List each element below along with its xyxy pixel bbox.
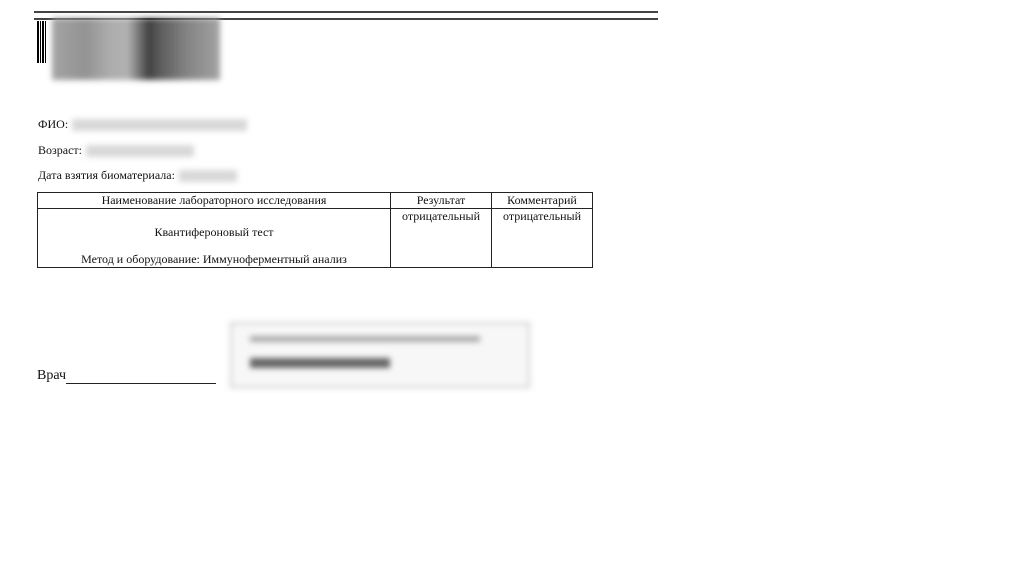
test-name: Квантифероновый тест	[38, 225, 390, 240]
results-table: Наименование лабораторного исследования …	[37, 192, 593, 268]
barcode-icon	[37, 21, 47, 63]
redacted-patient-name	[72, 119, 247, 131]
test-cell: Квантифероновый тест Метод и оборудовани…	[38, 209, 391, 268]
result-value: отрицательный	[391, 209, 492, 268]
patient-name-label: ФИО:	[38, 117, 68, 131]
sample-date-label: Дата взятия биоматериала:	[38, 168, 175, 182]
doctor-signature: Врач	[37, 368, 216, 384]
patient-age-label: Возраст:	[38, 143, 82, 157]
header-result: Результат	[391, 193, 492, 209]
redacted-barcode	[52, 18, 220, 80]
comment-value: отрицательный	[492, 209, 593, 268]
header-comment: Комментарий	[492, 193, 593, 209]
patient-age-field: Возраст:	[38, 143, 194, 158]
header-test-name: Наименование лабораторного исследования	[38, 193, 391, 209]
table-row: Квантифероновый тест Метод и оборудовани…	[38, 209, 593, 268]
header-rule-top	[34, 11, 658, 13]
table-header-row: Наименование лабораторного исследования …	[38, 193, 593, 209]
redacted-sample-date	[179, 170, 237, 182]
doctor-label: Врач	[37, 368, 66, 383]
redacted-patient-age	[86, 145, 194, 157]
sample-date-field: Дата взятия биоматериала:	[38, 168, 237, 183]
patient-name-field: ФИО:	[38, 117, 247, 132]
signature-line	[66, 369, 216, 384]
test-method: Метод и оборудование: Иммуноферментный а…	[38, 252, 390, 267]
redacted-stamp	[230, 322, 530, 388]
